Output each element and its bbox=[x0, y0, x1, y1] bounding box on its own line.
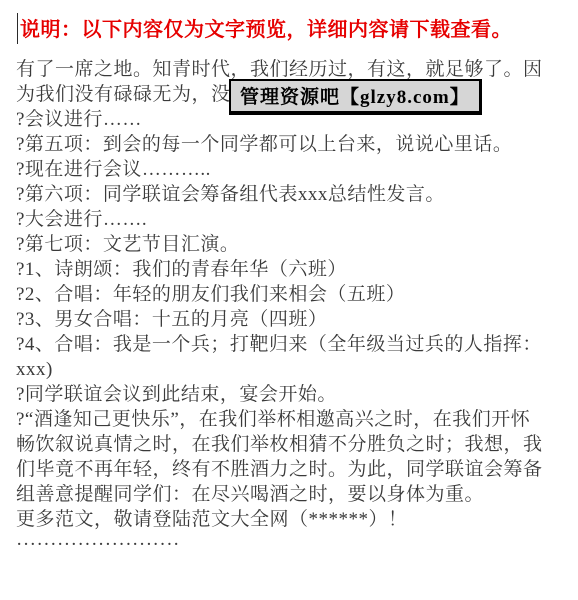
text-line: ?2、合唱：年轻的朋友们我们来相会（五班） bbox=[16, 282, 572, 307]
text-line: 畅饮叙说真情之时，在我们举枚相猜不分胜负之时；我想，我 bbox=[16, 432, 572, 457]
text-line: ?大会进行……. bbox=[16, 207, 572, 232]
preview-notice: 说明：以下内容仅为文字预览，详细内容请下载查看。 bbox=[20, 13, 512, 42]
text-line: ?第七项：文艺节目汇演。 bbox=[16, 232, 572, 257]
watermark-badge: 管理资源吧【glzy8.com】 bbox=[229, 79, 482, 115]
text-line: ?3、男女合唱：十五的月亮（四班） bbox=[16, 307, 572, 332]
text-cursor bbox=[17, 13, 18, 44]
text-line: xxx) bbox=[16, 357, 572, 382]
text-line: 组善意提醒同学们：在尽兴喝酒之时，要以身体为重。 bbox=[16, 482, 572, 507]
text-line: 更多范文，敬请登陆范文大全网（******）！ bbox=[16, 507, 572, 532]
text-line: ?同学联谊会议到此结束，宴会开始。 bbox=[16, 382, 572, 407]
document-preview-page: 说明：以下内容仅为文字预览，详细内容请下载查看。 有了一席之地。知青时代，我们经… bbox=[0, 0, 578, 600]
text-line: ?4、合唱：我是一个兵；打靶归来（全年级当过兵的人指挥： bbox=[16, 332, 572, 357]
text-line: ?1、诗朗颂：我们的青春年华（六班） bbox=[16, 257, 572, 282]
text-line: 们毕竟不再年轻，终有不胜酒力之时。为此，同学联谊会筹备 bbox=[16, 457, 572, 482]
document-body: 有了一席之地。知青时代，我们经历过，有这，就足够了。因为我们没有碌碌无为，没?会… bbox=[16, 57, 572, 557]
text-line: ?第六项：同学联谊会筹备组代表xxx总结性发言。 bbox=[16, 182, 572, 207]
text-line: ?“酒逢知己更快乐”，在我们举杯相邀高兴之时，在我们开怀 bbox=[16, 407, 572, 432]
text-line: ························ bbox=[16, 532, 572, 557]
text-line: ?第五项：到会的每一个同学都可以上台来，说说心里话。 bbox=[16, 132, 572, 157]
text-line: ?现在进行会议……….. bbox=[16, 157, 572, 182]
